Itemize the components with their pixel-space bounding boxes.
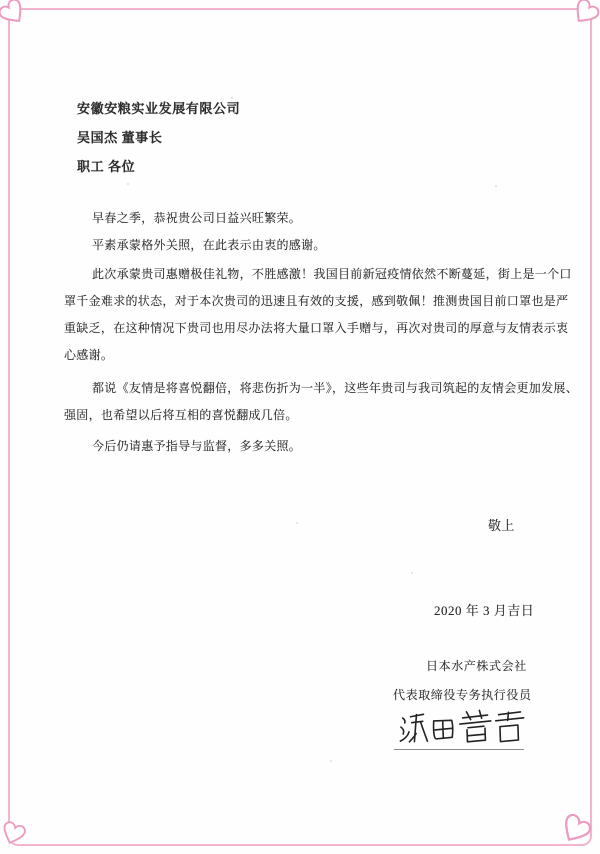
heart-icon-top-right: [564, 0, 600, 34]
sender-company-line: 日本水产株式会社: [426, 657, 527, 674]
body-paragraph-1: 早春之季，恭祝贵公司日益兴旺繁荣。: [92, 209, 301, 226]
heart-icon-top-left: [0, 0, 34, 34]
body-paragraph-4-line-1: 都说《友情是将喜悦翻倍，将悲伤折为一半》，这些年贵司与我司筑起的友情会更加发展、: [92, 379, 578, 396]
scan-speck: [296, 522, 298, 524]
sender-title-line: 代表取缔役专务执行役员: [393, 686, 532, 703]
scan-speck: [495, 185, 497, 187]
body-paragraph-3-line-2: 罩千金难求的状态，对于本次贵司的迅速且有效的支援，感到敬佩！推测贵国目前口罩也是…: [64, 292, 568, 309]
recipient-person-line: 吴国杰 董事长: [77, 127, 162, 146]
closing-salutation: 敬上: [488, 515, 515, 534]
body-paragraph-5: 今后仍请惠予指导与监督，多多关照。: [92, 437, 301, 454]
body-paragraph-3-line-3: 重缺乏，在这种情况下贵司也用尽办法将大量口罩入手赠与，再次对贵司的厚意与友情表示…: [64, 319, 568, 336]
body-paragraph-3-line-4: 心感谢。: [64, 346, 113, 363]
body-paragraph-3-line-1: 此次承蒙贵司惠赠极佳礼物，不胜感激！我国目前新冠疫情依然不断蔓延，街上是一个口: [92, 265, 572, 282]
body-paragraph-2: 平素承蒙格外关照，在此表示由衷的感谢。: [92, 236, 326, 253]
recipient-company-line: 安徽安粮实业发展有限公司: [77, 98, 240, 117]
scan-speck: [127, 183, 129, 185]
scan-speck: [95, 441, 97, 443]
recipient-staff-line: 职工 各位: [77, 156, 135, 175]
signature-underline: [394, 749, 524, 750]
date-line: 2020 年 3 月吉日: [434, 600, 534, 619]
scan-speck: [231, 97, 233, 99]
heart-icon-bottom-right: [552, 807, 599, 854]
heart-icon-bottom-left: [0, 816, 31, 852]
body-paragraph-4-line-2: 强固，也希望以后将互相的喜悦翻成几倍。: [64, 406, 298, 423]
scan-speck: [330, 760, 332, 762]
signature-handwriting: [395, 705, 526, 754]
scan-speck: [411, 572, 413, 574]
scanned-letter-page: 安徽安粮实业发展有限公司 吴国杰 董事长 职工 各位 早春之季，恭祝贵公司日益兴…: [0, 0, 600, 854]
